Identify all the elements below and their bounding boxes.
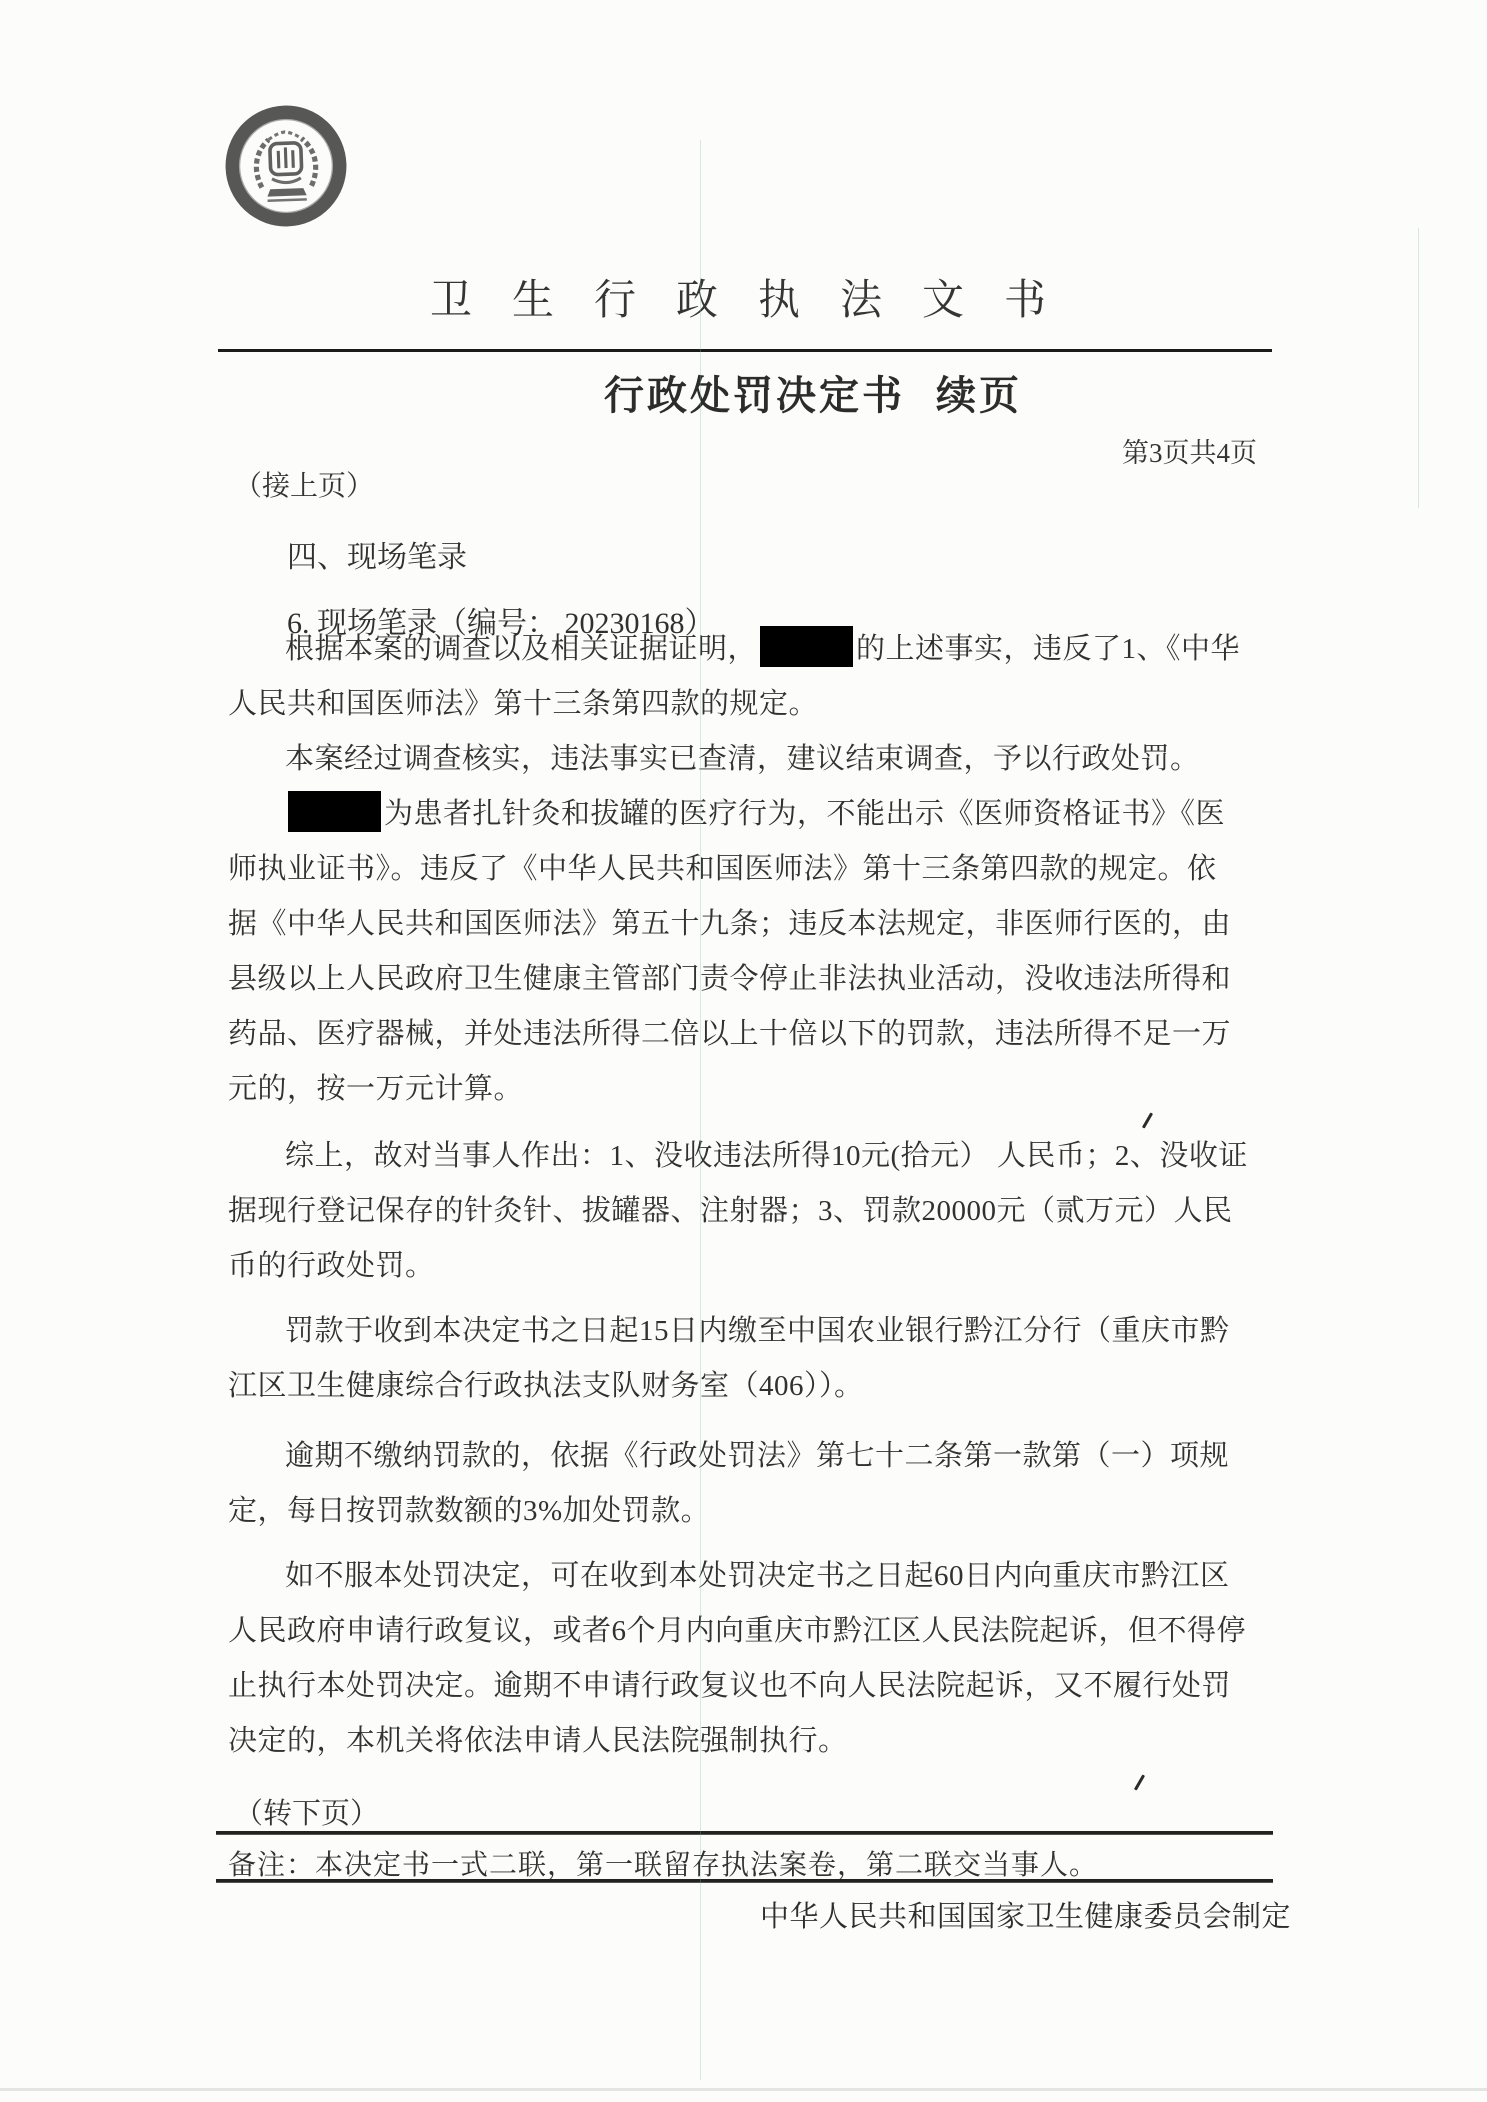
header-divider: [218, 349, 1272, 352]
body-line: 如不服本处罚决定，可在收到本处罚决定书之日起60日内向重庆市黔江区: [228, 1557, 1230, 1595]
body-line: 人民政府申请行政复议，或者6个月内向重庆市黔江区人民法院起诉，但不得停: [228, 1612, 1246, 1650]
body-line: 据《中华人民共和国医师法》第五十九条；违反本法规定，非医师行医的，由: [228, 905, 1231, 943]
body-line: 逾期不缴纳罚款的，依据《行政处罚法》第七十二条第一款第（一）项规: [228, 1437, 1229, 1475]
continued-from-label: （接上页）: [234, 464, 374, 504]
body-line: 药品、医疗器械，并处违法所得二倍以上十倍以下的罚款，违法所得不足一万: [228, 1015, 1231, 1053]
body-line: 据现行登记保存的针灸针、拔罐器、注射器；3、罚款20000元（贰万元）人民: [228, 1192, 1233, 1230]
body-line: 元的，按一万元计算。: [228, 1070, 523, 1108]
redaction-box: [288, 791, 381, 832]
body-line: 币的行政处罚。: [228, 1247, 435, 1285]
body-line-text: 的上述事实，违反了1、《中华: [856, 630, 1240, 668]
note-text: 备注：本决定书一式二联，第一联留存执法案卷，第二联交当事人。: [228, 1843, 1098, 1883]
scan-fold-line: [700, 140, 701, 2080]
body-line-text: 逾期不缴纳罚款的，依据《行政处罚法》第七十二条第一款第（一）项规: [285, 1437, 1229, 1475]
body-line: 罚款于收到本决定书之日起15日内缴至中国农业银行黔江分行（重庆市黔: [228, 1312, 1230, 1350]
body-line-text: 据现行登记保存的针灸针、拔罐器、注射器；3、罚款20000元（贰万元）人民: [228, 1192, 1233, 1230]
body-line-text: 币的行政处罚。: [228, 1247, 435, 1285]
stray-mark: [1142, 1112, 1153, 1128]
page-indicator: 第3页共4页: [1122, 431, 1257, 470]
body-line: 江区卫生健康综合行政执法支队财务室（406））。: [228, 1367, 864, 1405]
body-line-text: 县级以上人民政府卫生健康主管部门责令停止非法执业活动，没收违法所得和: [228, 960, 1231, 998]
body-line: 本案经过调查核实，违法事实已查清，建议结束调查，予以行政处罚。: [228, 740, 1200, 778]
continued-to-label: （转下页）: [234, 1791, 379, 1832]
body-line: 综上，故对当事人作出：1、没收违法所得10元(拾元） 人民币；2、没收证: [228, 1137, 1248, 1175]
scan-edge-line: [1418, 228, 1419, 508]
document-page: 卫生行政执法文书 行政处罚决定书 续页 第3页共4页 （接上页） 四、现场笔录 …: [0, 0, 1487, 2102]
body-line-text: 人民共和国医师法》第十三条第四款的规定。: [228, 685, 818, 723]
form-title: 行政处罚决定书 续页: [604, 374, 1022, 418]
body-line-text: 据《中华人民共和国医师法》第五十九条；违反本法规定，非医师行医的，由: [228, 905, 1231, 943]
section-heading: 四、现场笔录: [287, 532, 467, 576]
body-line: 人民共和国医师法》第十三条第四款的规定。: [228, 685, 818, 723]
body-line-text: 止执行本处罚决定。逾期不申请行政复议也不向人民法院起诉，又不履行处罚: [228, 1667, 1231, 1705]
note-divider-bottom: [216, 1879, 1273, 1883]
body-line-text: 罚款于收到本决定书之日起15日内缴至中国农业银行黔江分行（重庆市黔: [285, 1312, 1230, 1350]
health-agency-seal-icon: [222, 102, 350, 230]
body-line-text: 定，每日按罚款数额的3%加处罚款。: [228, 1492, 710, 1530]
body-line-text: 元的，按一万元计算。: [228, 1070, 523, 1108]
body-line-text: 师执业证书》。违反了《中华人民共和国医师法》第十三条第四款的规定。依: [228, 850, 1217, 888]
body-line: 师执业证书》。违反了《中华人民共和国医师法》第十三条第四款的规定。依: [228, 850, 1217, 888]
body-line-text: 根据本案的调查以及相关证据证明，: [285, 630, 757, 668]
body-line: 决定的，本机关将依法申请人民法院强制执行。: [228, 1722, 848, 1760]
body-line: 根据本案的调查以及相关证据证明，的上述事实，违反了1、《中华: [228, 630, 1240, 668]
body-line-text: 综上，故对当事人作出：1、没收违法所得10元(拾元） 人民币；2、没收证: [285, 1137, 1248, 1175]
body-line-text: 江区卫生健康综合行政执法支队财务室（406））。: [228, 1367, 864, 1405]
body-line-text: 如不服本处罚决定，可在收到本处罚决定书之日起60日内向重庆市黔江区: [285, 1557, 1230, 1595]
body-line-text: 决定的，本机关将依法申请人民法院强制执行。: [228, 1722, 848, 1760]
document-category-title: 卫生行政执法文书: [430, 278, 1086, 324]
body-line-text: 本案经过调查核实，违法事实已查清，建议结束调查，予以行政处罚。: [285, 740, 1200, 778]
body-line: 为患者扎针灸和拔罐的医疗行为，不能出示《医师资格证书》《医: [228, 795, 1225, 833]
scan-smudge: [0, 2088, 1487, 2091]
body-line-text: 人民政府申请行政复议，或者6个月内向重庆市黔江区人民法院起诉，但不得停: [228, 1612, 1246, 1650]
body-line: 定，每日按罚款数额的3%加处罚款。: [228, 1492, 710, 1530]
redaction-box: [760, 626, 853, 667]
body-line: 县级以上人民政府卫生健康主管部门责令停止非法执业活动，没收违法所得和: [228, 960, 1231, 998]
issuer-text: 中华人民共和国国家卫生健康委员会制定: [760, 1894, 1291, 1935]
body-line-text: 药品、医疗器械，并处违法所得二倍以上十倍以下的罚款，违法所得不足一万: [228, 1015, 1231, 1053]
note-divider-top: [216, 1831, 1273, 1835]
body-line-text: 为患者扎针灸和拔罐的医疗行为，不能出示《医师资格证书》《医: [384, 795, 1225, 833]
body-line: 止执行本处罚决定。逾期不申请行政复议也不向人民法院起诉，又不履行处罚: [228, 1667, 1231, 1705]
stray-mark: [1134, 1774, 1145, 1790]
